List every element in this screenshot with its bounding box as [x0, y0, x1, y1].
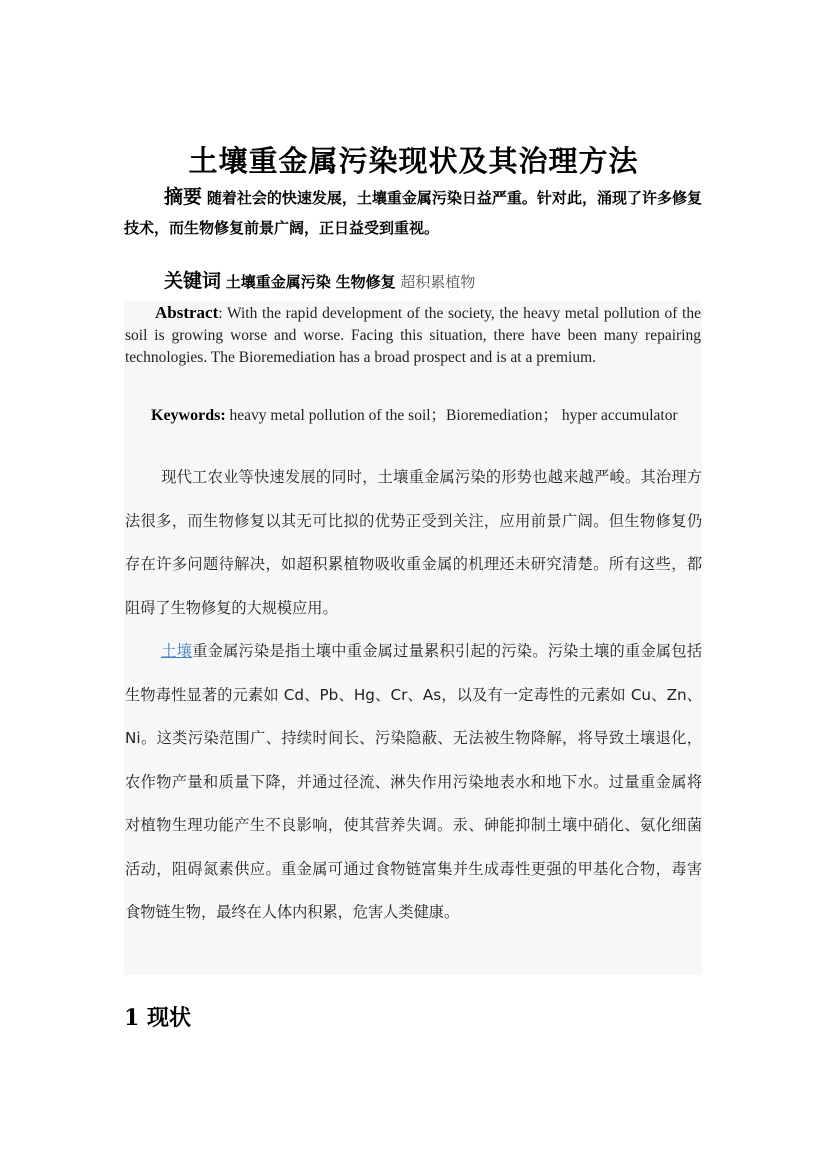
english-abstract-label: Abstract [125, 303, 218, 322]
document-title: 土壤重金属污染现状及其治理方法 [0, 139, 827, 183]
english-keywords: Keywords: heavy metal pollution of the s… [125, 400, 701, 431]
english-keywords-text: heavy metal pollution of the soil；Biorem… [230, 407, 678, 424]
english-abstract-separator: : [218, 305, 222, 322]
english-keywords-label: Keywords: [125, 407, 226, 424]
paragraph-text: 现代工农业等快速发展的同时，土壤重金属污染的形势也越来越严峻。其治理方法很多，而… [125, 468, 702, 617]
chinese-abstract-label: 摘要 [164, 186, 202, 208]
paragraph-text: 重金属污染是指土壤中重金属过量累积引起的污染。污染土壤的重金属包括生物毒性显著的… [125, 642, 702, 921]
english-abstract: Abstract: With the rapid development of … [125, 302, 701, 369]
keyword: 超积累植物 [400, 273, 475, 291]
body-paragraph: 土壤重金属污染是指土壤中重金属过量累积引起的污染。污染土壤的重金属包括生物毒性显… [125, 630, 702, 935]
section-heading: 1 现状 [124, 1000, 191, 1036]
keyword: 土壤重金属污染 [226, 273, 331, 291]
chinese-keywords: 关键词 土壤重金属污染 生物修复 超积累植物 [164, 266, 475, 297]
chinese-abstract: 摘要 随着社会的快速发展，土壤重金属污染日益严重。针对此，涌现了许多修复技术，而… [124, 182, 702, 243]
chinese-abstract-text: 随着社会的快速发展，土壤重金属污染日益严重。针对此，涌现了许多修复技术，而生物修… [124, 189, 702, 237]
keyword: 生物修复 [336, 273, 396, 291]
chinese-keywords-label: 关键词 [164, 270, 221, 292]
body-paragraph: 现代工农业等快速发展的同时，土壤重金属污染的形势也越来越严峻。其治理方法很多，而… [125, 456, 702, 630]
soil-link[interactable]: 土壤 [161, 642, 192, 660]
